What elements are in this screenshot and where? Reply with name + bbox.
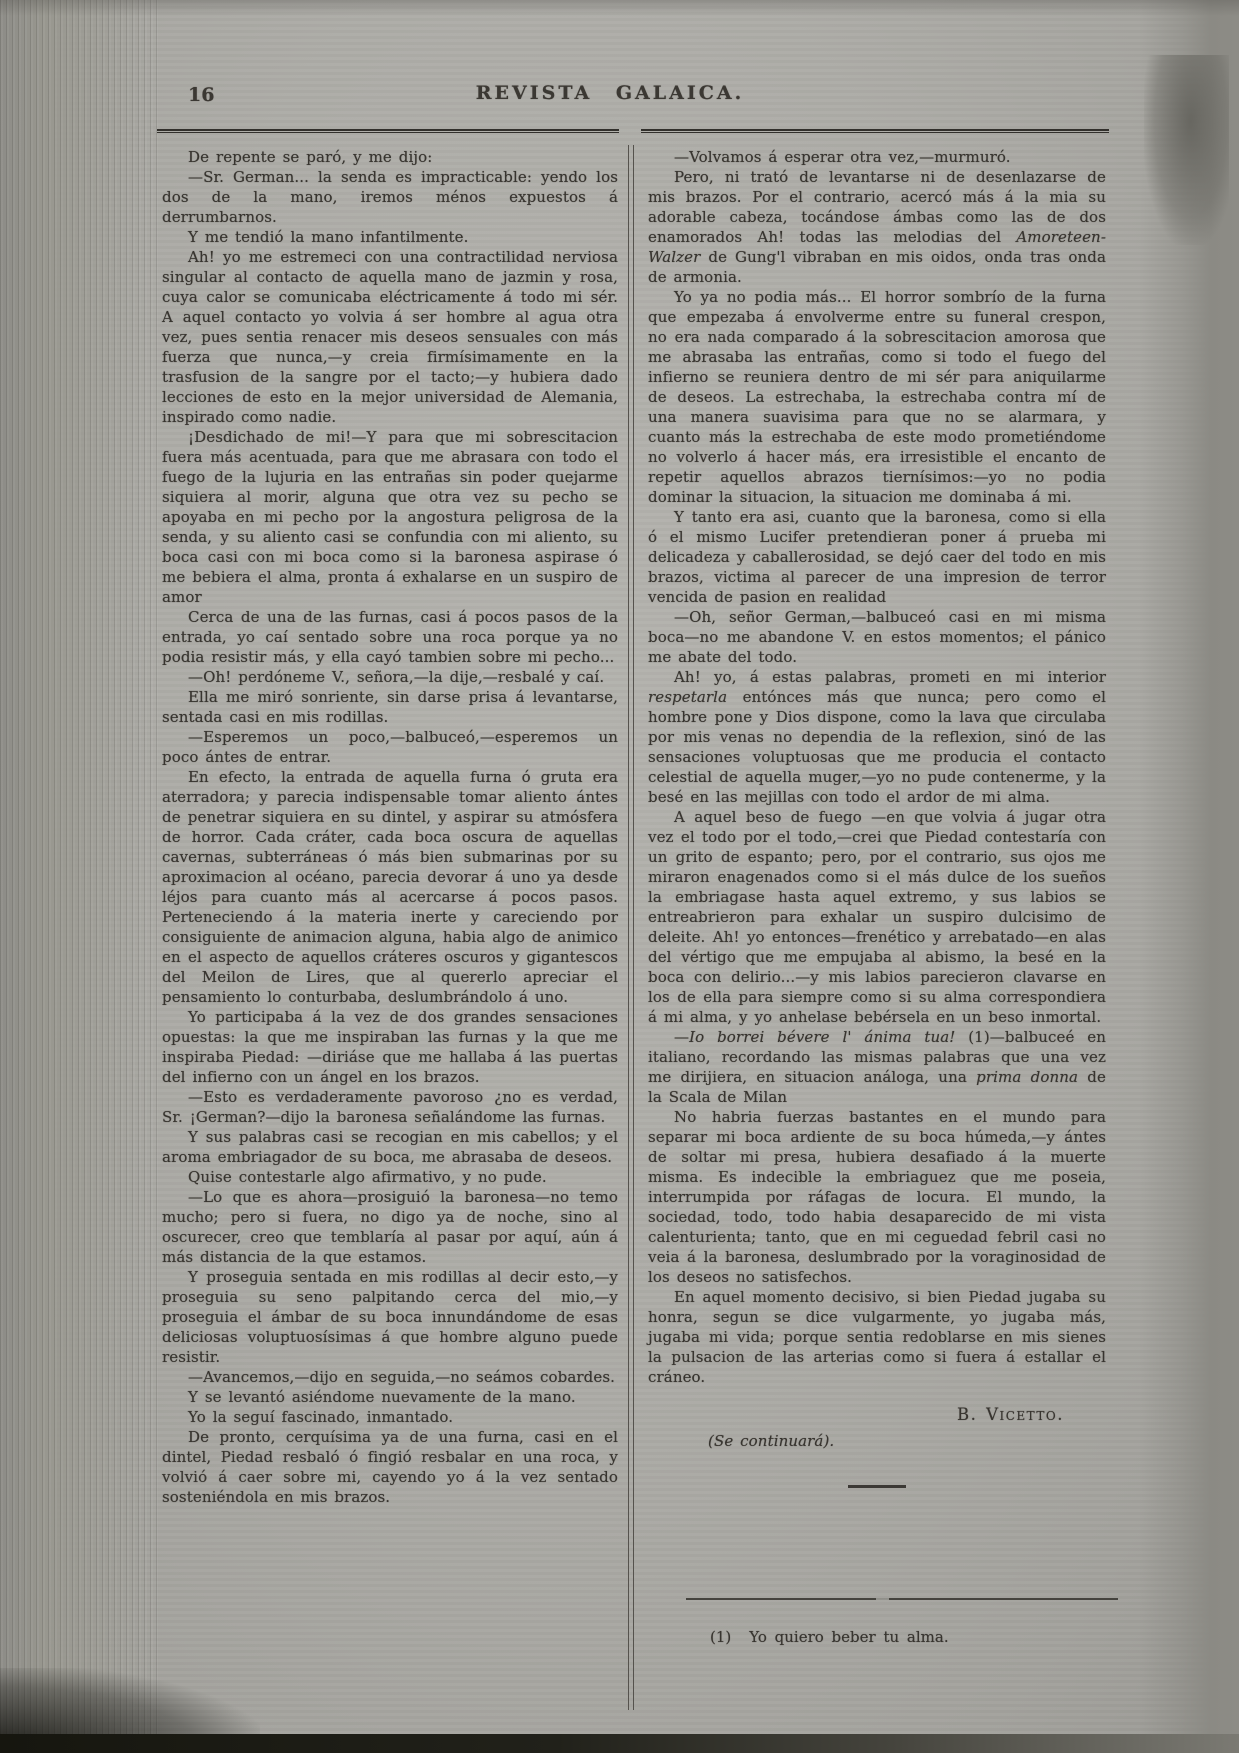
paragraph: A aquel beso de fuego —en que volvia á j… xyxy=(648,807,1106,1027)
torn-edge-shadow xyxy=(1144,55,1229,245)
paragraph: —Sr. German... la senda es impracticable… xyxy=(162,167,618,227)
paragraph: —Lo que es ahora—prosiguió la baronesa—n… xyxy=(162,1187,618,1267)
footnote-rule xyxy=(686,1598,1118,1600)
paragraph: Y sus palabras casi se recogian en mis c… xyxy=(162,1127,618,1167)
bottom-edge-band xyxy=(0,1734,1239,1753)
paragraph: —Oh! perdóneme V., señora,—la dije,—resb… xyxy=(162,667,618,687)
text-column-right: —Volvamos á esperar otra vez,—murmuró.Pe… xyxy=(648,147,1106,1488)
paragraph: Yo la seguí fascinado, inmantado. xyxy=(162,1407,618,1427)
continuation-note: (Se continuará). xyxy=(648,1431,1106,1451)
paragraph: ¡Desdichado de mi!—Y para que mi sobresc… xyxy=(162,427,618,607)
paragraph: Y se levantó asiéndome nuevamente de la … xyxy=(162,1387,618,1407)
book-binding-edge xyxy=(0,0,158,1753)
paragraph: —Avancemos,—dijo en seguida,—no seámos c… xyxy=(162,1367,618,1387)
paragraph: —Io borrei bévere l' ánima tua! (1)—balb… xyxy=(648,1027,1106,1107)
author-signature: B. Vicetto. xyxy=(648,1405,1106,1425)
paragraph: —Oh, señor German,—balbuceó casi en mi m… xyxy=(648,607,1106,667)
paragraph: Yo ya no podia más... El horror sombrío … xyxy=(648,287,1106,507)
paragraph: Y proseguia sentada en mis rodillas al d… xyxy=(162,1267,618,1367)
paragraph: Ella me miró sonriente, sin darse prisa … xyxy=(162,687,618,727)
paragraph: En aquel momento decisivo, si bien Pieda… xyxy=(648,1287,1106,1387)
paragraph: Y me tendió la mano infantilmente. xyxy=(162,227,618,247)
torn-page-edge xyxy=(1139,0,1239,1753)
text-column-right-paragraphs: —Volvamos á esperar otra vez,—murmuró.Pe… xyxy=(648,147,1106,1387)
header-rule-right xyxy=(641,129,1109,133)
paragraph: No habria fuerzas bastantes en el mundo … xyxy=(648,1107,1106,1287)
section-divider-dash xyxy=(848,1485,906,1488)
paragraph: Yo participaba á la vez de dos grandes s… xyxy=(162,1007,618,1087)
paragraph: De repente se paró, y me dijo: xyxy=(162,147,618,167)
scanned-page: 16 REVISTA GALAICA. De repente se paró, … xyxy=(0,0,1239,1753)
paragraph: Cerca de una de las furnas, casi á pocos… xyxy=(162,607,618,667)
paragraph: —Volvamos á esperar otra vez,—murmuró. xyxy=(648,147,1106,167)
footnote-block: (1)Yo quiero beber tu alma. xyxy=(648,1598,1118,1646)
journal-title: REVISTA GALAICA. xyxy=(160,82,1060,104)
paragraph: Pero, ni trató de levantarse ni de desen… xyxy=(648,167,1106,287)
text-column-left: De repente se paró, y me dijo:—Sr. Germa… xyxy=(162,147,618,1507)
paragraph: Ah! yo me estremeci con una contractilid… xyxy=(162,247,618,427)
footnote-marker: (1) xyxy=(710,1628,731,1646)
column-divider-rule xyxy=(628,145,634,1710)
paragraph: En efecto, la entrada de aquella furna ó… xyxy=(162,767,618,1007)
footnote-line: (1)Yo quiero beber tu alma. xyxy=(648,1628,1118,1646)
footnote-text: Yo quiero beber tu alma. xyxy=(749,1628,948,1646)
paragraph: De pronto, cerquísima ya de una furna, c… xyxy=(162,1427,618,1507)
paragraph: Quise contestarle algo afirmativo, y no … xyxy=(162,1167,618,1187)
paragraph: —Esto es verdaderamente pavoroso ¿no es … xyxy=(162,1087,618,1127)
paragraph: Y tanto era asi, cuanto que la baronesa,… xyxy=(648,507,1106,607)
top-edge-shadow xyxy=(0,0,1239,16)
paragraph: —Esperemos un poco,—balbuceó,—esperemos … xyxy=(162,727,618,767)
paragraph: Ah! yo, á estas palabras, prometi en mi … xyxy=(648,667,1106,807)
header-rule-left xyxy=(157,129,619,133)
